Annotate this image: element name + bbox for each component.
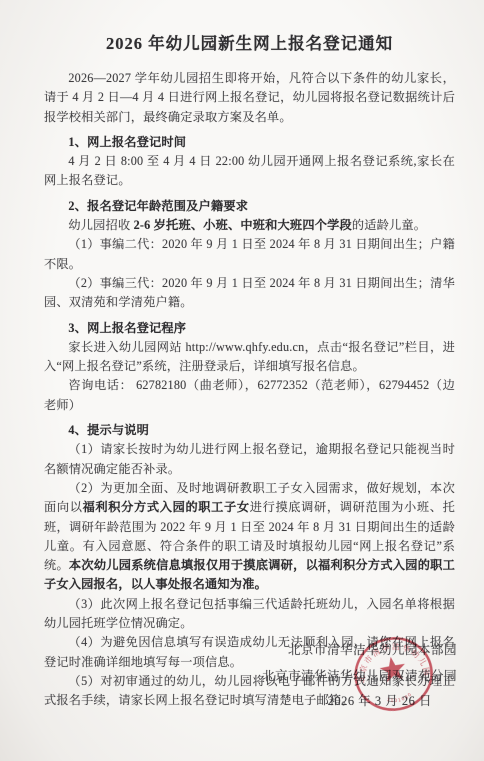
section-3-procedure: 家长进入幼儿园网站 http://www.qhfy.edu.cn，点击“报名登记… [44, 338, 455, 377]
intro-paragraph: 2026—2027 学年幼儿园招生即将开始，凡符合以下条件的幼儿家长，请于 4 … [44, 69, 455, 127]
section-4-item-3: （3）此次网上报名登记包括事编三代适龄托班幼儿，入园名单将根据幼儿园托班学位情况… [44, 595, 455, 634]
section-2-item-1: （1）事编二代：2020 年 9 月 1 日至 2024 年 8 月 31 日期… [44, 235, 455, 274]
notice-title: 2026 年幼儿园新生网上报名登记通知 [44, 26, 455, 54]
age-req-suffix: 的适龄儿童。 [352, 218, 426, 232]
age-req-prefix: 幼儿园招收 [68, 218, 133, 232]
section-3-heading: 3、网上报名登记程序 [44, 319, 455, 338]
section-1-time: 4 月 2 日 8:00 至 4 月 4 日 22:00 幼儿园开通网上报名登记… [44, 152, 455, 191]
section-2-item-2: （2）事编三代：2020 年 9 月 1 日至 2024 年 8 月 31 日期… [44, 274, 455, 313]
section-4-item-2: （2）为更加全面、及时地调研教职工子女入园需求，做好规划，本次面向以福利积分方式… [44, 479, 455, 595]
official-seal: 北京市清华洁华幼儿园 1101080 [346, 630, 442, 721]
consult-phone-line: 咨询电话： 62782180（曲老师），62772352（范老师），627944… [44, 376, 455, 415]
section-2-age-requirement: 幼儿园招收 2-6 岁托班、小班、中班和大班四个学段的适龄儿童。 [44, 216, 455, 235]
section-4-item-1: （1）请家长按时为幼儿进行网上报名登记，逾期报名登记只能视当时名额情况确定能否补… [44, 440, 455, 479]
item2-bold-1: 福利积分方式入园的职工子女 [83, 500, 250, 514]
seal-code-text: 1101080 [385, 691, 415, 706]
seal-star-icon [378, 655, 408, 684]
section-2-heading: 2、报名登记年龄范围及户籍要求 [44, 197, 455, 216]
notice-body: 2026 年幼儿园新生网上报名登记通知 2026—2027 学年幼儿园招生即将开… [0, 0, 484, 711]
section-4-heading: 4、提示与说明 [44, 421, 455, 440]
item2-bold-2: 本次幼儿园系统信息填报仅用于摸底调研，以福利积分方式入园的职工子女入园报名，以人… [44, 558, 455, 591]
scanned-notice-page: 2026 年幼儿园新生网上报名登记通知 2026—2027 学年幼儿园招生即将开… [0, 0, 484, 761]
section-1-heading: 1、网上报名登记时间 [44, 133, 455, 152]
age-req-bold: 2-6 岁托班、小班、中班和大班四个学段 [134, 218, 352, 232]
